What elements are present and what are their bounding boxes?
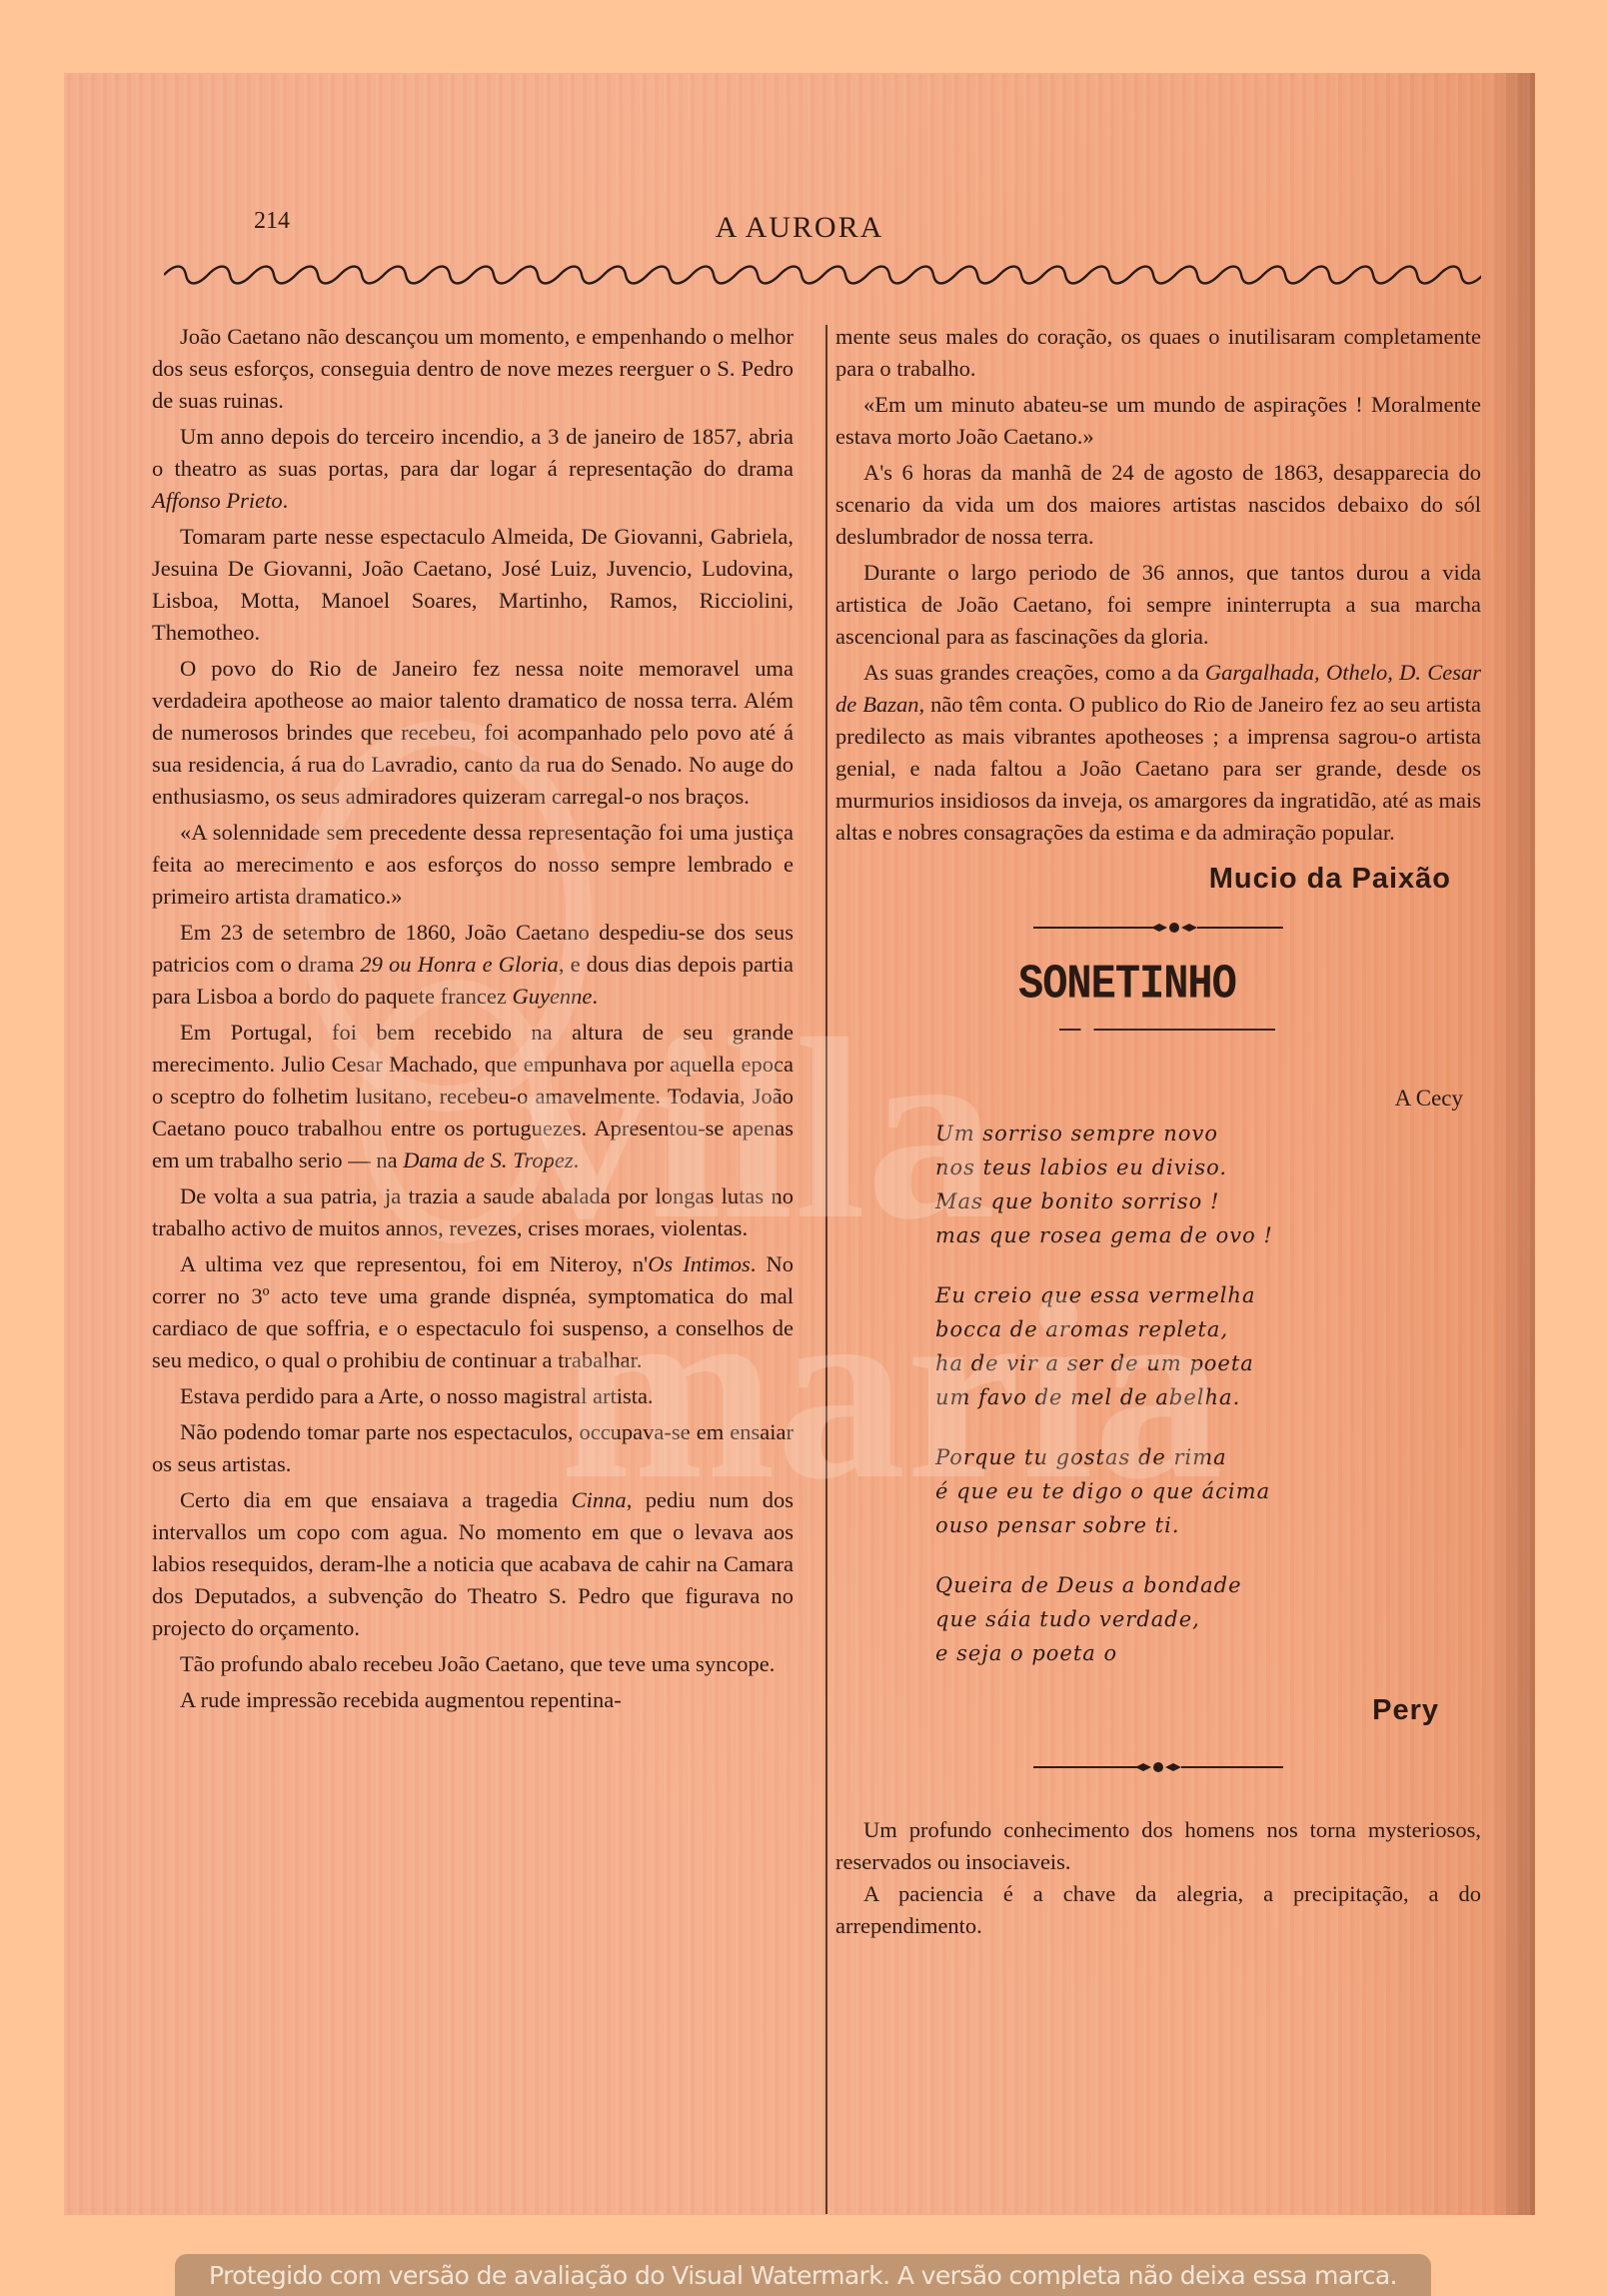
paragraph: Em Portugal, foi bem recebido na altura … xyxy=(152,1017,794,1176)
paragraph: Em 23 de setembro de 1860, João Caetano … xyxy=(152,917,794,1013)
poem-line: nos teus labios eu diviso. xyxy=(935,1150,1481,1184)
paragraph: A's 6 horas da manhã de 24 de agosto de … xyxy=(835,457,1481,553)
poem-stanza: Queira de Deus a bondadeque sáia tudo ve… xyxy=(935,1568,1481,1670)
masthead-title: A AURORA xyxy=(64,211,1535,245)
paragraph: Não podendo tomar parte nos espectaculos… xyxy=(152,1416,794,1480)
paragraph-text: . xyxy=(283,488,289,513)
paragraph: mente seus males do coração, os quaes o … xyxy=(835,321,1481,385)
paragraph: Estava perdido para a Arte, o nosso magi… xyxy=(152,1380,794,1412)
poem-line: ouso pensar sobre ti. xyxy=(935,1508,1481,1542)
maxim: Um profundo conhecimento dos homens nos … xyxy=(835,1814,1481,1878)
paragraph-text: Certo dia em que ensaiava a tragedia xyxy=(180,1487,572,1512)
poem-line: Eu creio que essa vermelha xyxy=(935,1278,1481,1312)
paragraph-text: Um anno depois do terceiro incendio, a 3… xyxy=(152,424,794,481)
play-title: Dama de S. Tropez xyxy=(403,1148,573,1172)
poem-line: ha de vir a ser de um poeta xyxy=(935,1346,1481,1380)
column-divider xyxy=(825,325,827,2214)
quotation: «A solennidade sem precedente dessa repr… xyxy=(152,817,794,913)
ornamental-divider-icon xyxy=(1033,921,1283,935)
poem-line: bocca de aromas repleta, xyxy=(935,1312,1481,1346)
paragraph: Tomaram parte nesse espectaculo Almeida,… xyxy=(152,521,794,649)
ship-name: Guyenne xyxy=(512,984,592,1009)
ornamental-divider-icon xyxy=(1033,1760,1283,1774)
poem-stanza: Porque tu gostas de rimaé que eu te digo… xyxy=(935,1440,1481,1542)
poem-line: que sáia tudo verdade, xyxy=(935,1602,1481,1636)
paragraph: A rude impressão recebida augmentou repe… xyxy=(152,1684,794,1716)
poem-line: Mas que bonito sorriso ! xyxy=(935,1184,1481,1218)
poem-stanza: Eu creio que essa vermelhabocca de aroma… xyxy=(935,1278,1481,1414)
article-author-signature: Mucio da Paixão xyxy=(835,863,1451,895)
play-title: Os Intimos xyxy=(648,1251,751,1276)
title-underline xyxy=(1059,1029,1275,1031)
play-title: 29 ou Honra e Gloria xyxy=(360,952,558,977)
paragraph: Tão profundo abalo recebeu João Caetano,… xyxy=(152,1648,794,1680)
right-column: mente seus males do coração, os quaes o … xyxy=(835,321,1481,1942)
paragraph-text: , não têm conta. O publico do Rio de Jan… xyxy=(835,692,1481,845)
paragraph: A ultima vez que representou, foi em Nit… xyxy=(152,1248,794,1376)
paragraph-text: . xyxy=(574,1148,580,1172)
wavy-ornamental-rule xyxy=(164,263,1481,287)
play-title: Affonso Prieto xyxy=(152,488,283,513)
paragraph: As suas grandes creações, como a da Garg… xyxy=(835,657,1481,849)
poem-dedication: A Cecy xyxy=(835,1083,1463,1115)
poem-line: Um sorriso sempre novo xyxy=(935,1117,1481,1150)
paragraph: João Caetano não descançou um momento, e… xyxy=(152,321,794,417)
poem-stanza: Um sorriso sempre novonos teus labios eu… xyxy=(935,1117,1481,1252)
poem-line: mas que rosea gema de ovo ! xyxy=(935,1218,1481,1252)
poem-line: Queira de Deus a bondade xyxy=(935,1568,1481,1602)
quotation: «Em um minuto abateu-se um mundo de aspi… xyxy=(835,389,1481,453)
left-column: João Caetano não descançou um momento, e… xyxy=(152,321,794,1720)
paragraph: De volta a sua patria, ja trazia a saude… xyxy=(152,1180,794,1244)
poem-body: Um sorriso sempre novonos teus labios eu… xyxy=(835,1117,1481,1670)
scanned-page: 214 A AURORA João Caetano não descançou … xyxy=(64,73,1535,2215)
poem-line: Porque tu gostas de rima xyxy=(935,1440,1481,1474)
paragraph: O povo do Rio de Janeiro fez nessa noite… xyxy=(152,653,794,813)
maxims: Um profundo conhecimento dos homens nos … xyxy=(835,1814,1481,1942)
poem-author-signature: Pery xyxy=(835,1694,1439,1726)
poem-title: SONETINHO xyxy=(1018,967,1481,1004)
play-title: Cinna xyxy=(572,1487,627,1512)
evaluation-watermark-banner: Protegido com versão de avaliação do Vis… xyxy=(175,2254,1431,2296)
paragraph: Durante o largo periodo de 36 annos, que… xyxy=(835,557,1481,653)
paragraph: Um anno depois do terceiro incendio, a 3… xyxy=(152,421,794,517)
poem-line: um favo de mel de abelha. xyxy=(935,1380,1481,1414)
paragraph-text: . xyxy=(592,984,598,1009)
poem-line: é que eu te digo o que ácima xyxy=(935,1474,1481,1508)
paragraph: Certo dia em que ensaiava a tragedia Cin… xyxy=(152,1484,794,1644)
paragraph-text: As suas grandes creações, como a da xyxy=(863,660,1205,685)
poem-line: e seja o poeta o xyxy=(935,1636,1481,1670)
maxim: A paciencia é a chave da alegria, a prec… xyxy=(835,1878,1481,1942)
paragraph-text: A ultima vez que representou, foi em Nit… xyxy=(180,1251,648,1276)
